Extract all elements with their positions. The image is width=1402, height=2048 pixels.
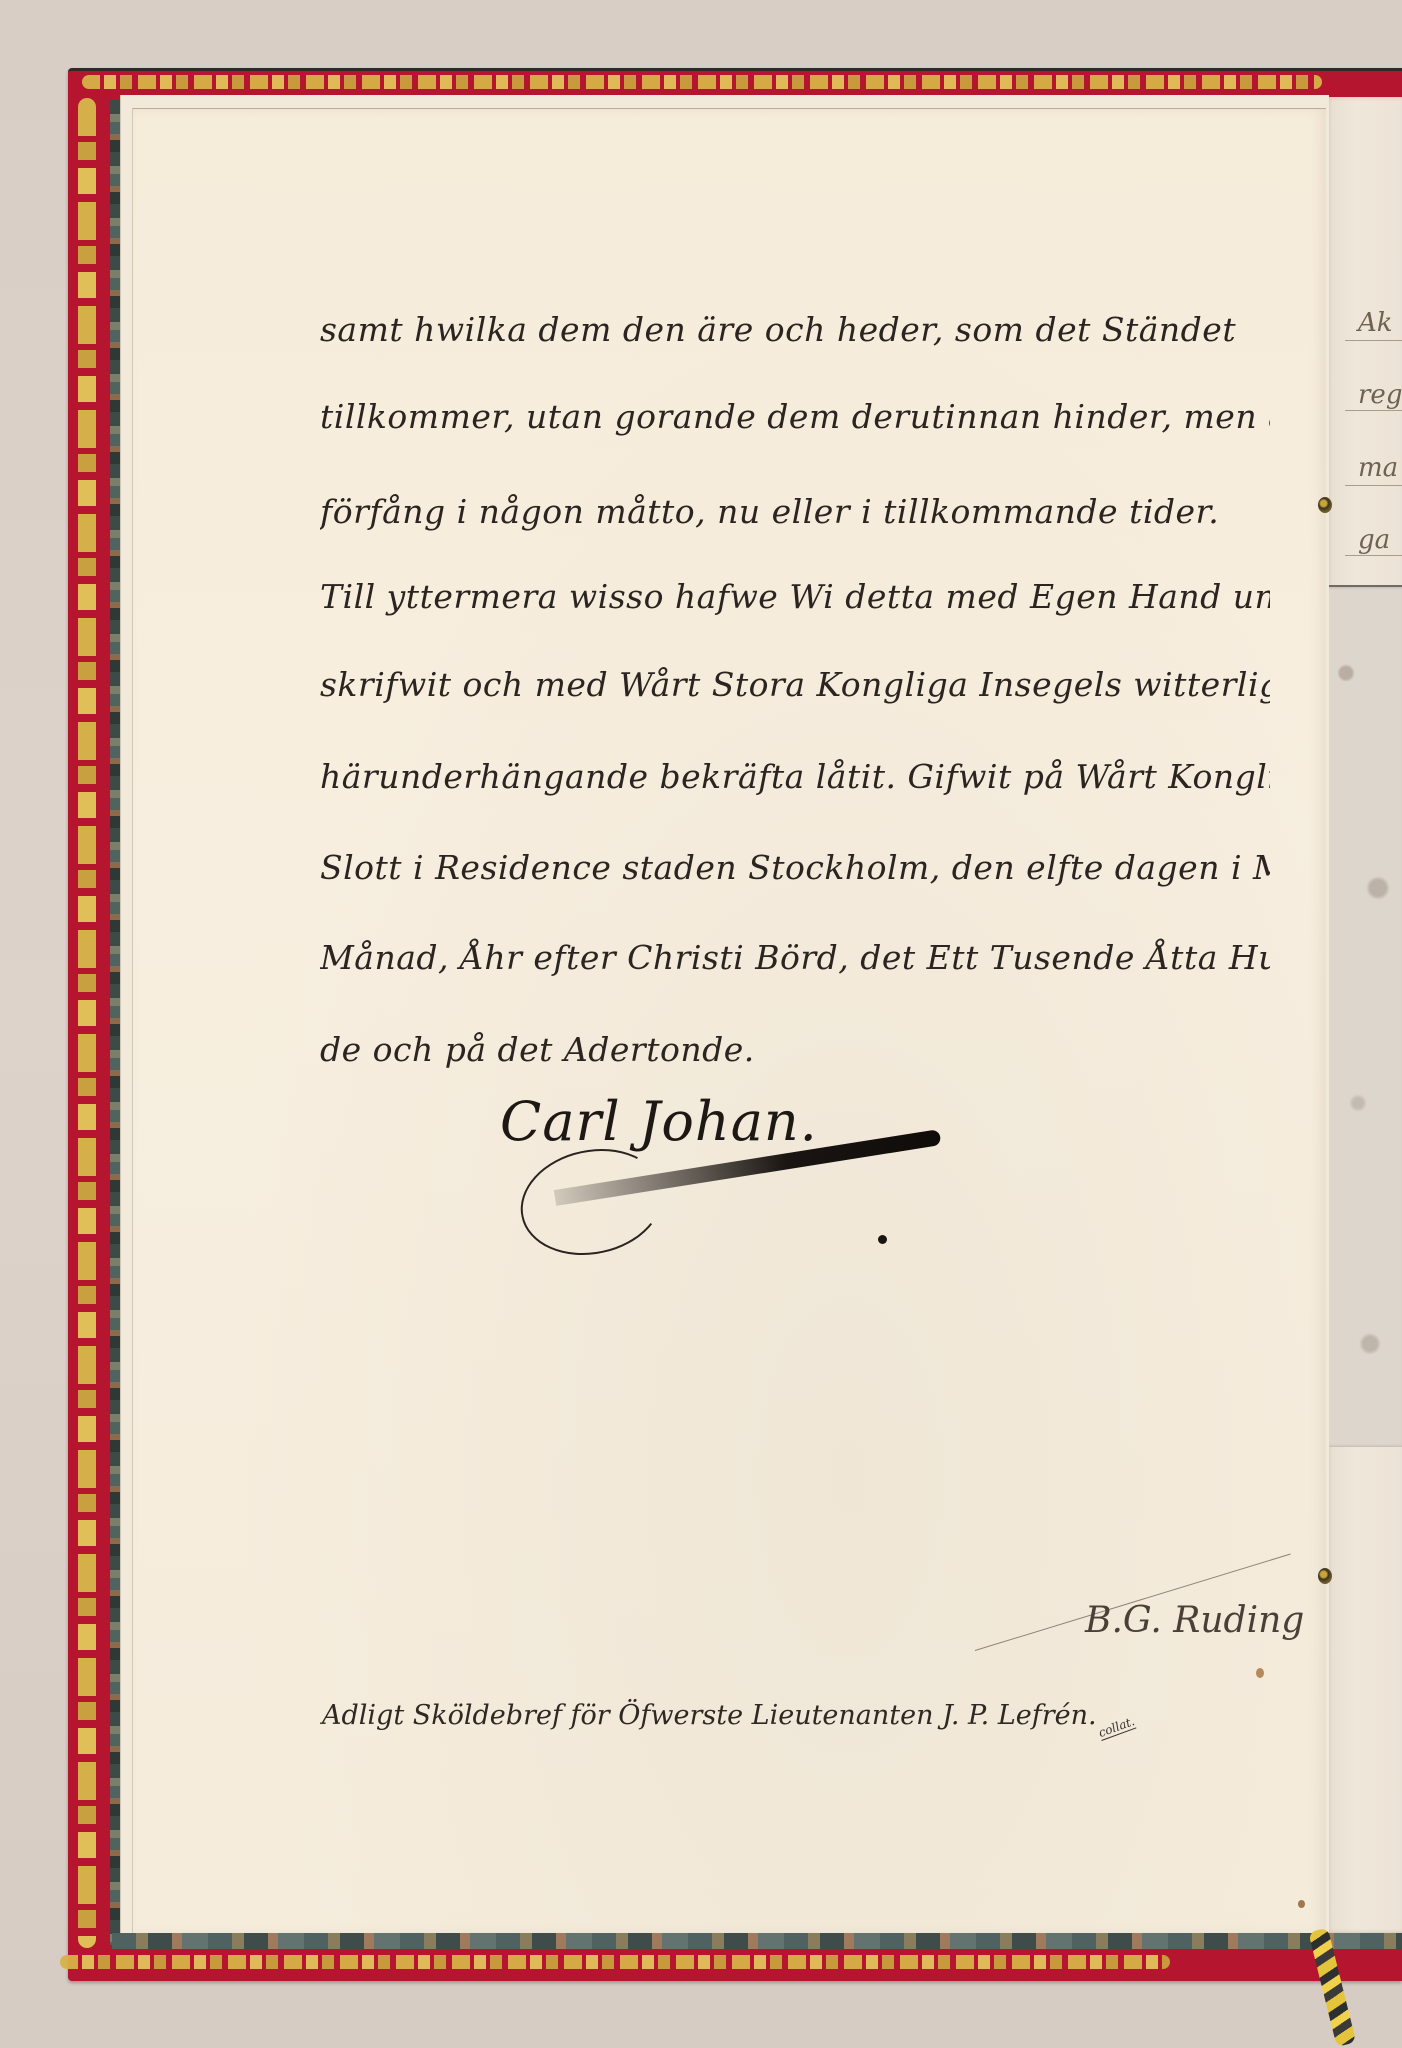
body-line: Månad, Åhr efter Christi Börd, det Ett T… — [320, 938, 1270, 978]
signature-dot — [878, 1235, 887, 1244]
body-line: Till yttermera wisso hafwe Wi detta med … — [320, 577, 1270, 617]
foxing-spot — [1298, 1900, 1305, 1908]
gilt-border-top — [82, 75, 1322, 89]
facing-page-fragment: Ak — [1358, 308, 1393, 338]
docket-title: Adligt Sköldebref för Öfwerste Lieutenan… — [322, 1700, 1097, 1731]
body-line: härunderhängande bekräfta låtit. Gifwit … — [320, 757, 1270, 797]
body-line: tillkommer, utan gorande dem derutinnan … — [320, 397, 1270, 437]
countersignature: B.G. Ruding — [1085, 1600, 1304, 1641]
ink-stain — [1256, 1668, 1264, 1678]
body-line: förfång i någon måtto, nu eller i tillko… — [320, 492, 1270, 532]
mottled-interleaf — [1322, 585, 1402, 1447]
marbled-endpaper-left — [110, 100, 120, 1945]
royal-signature: Carl Johan. — [500, 1090, 818, 1153]
body-line: de och på det Adertonde. — [320, 1030, 1270, 1070]
body-line: Slott i Residence staden Stockholm, den … — [320, 848, 1270, 888]
facing-page-fragment: ga — [1358, 525, 1390, 555]
facing-page-fragment: reg — [1358, 380, 1402, 410]
facing-page-rule — [1345, 410, 1402, 411]
body-line: skrifwit och med Wårt Stora Kongliga Ins… — [320, 665, 1270, 705]
marbled-endpaper-bottom — [112, 1933, 1402, 1949]
facing-page-rule — [1345, 555, 1402, 556]
gilt-border-left — [78, 98, 96, 1948]
facing-page-fragment: ma — [1358, 453, 1398, 483]
facing-page-rule — [1345, 340, 1402, 341]
facing-page-rule — [1345, 485, 1402, 486]
document-page — [132, 108, 1326, 1935]
binding-clasp-icon — [1318, 1568, 1332, 1584]
gilt-border-bottom — [60, 1955, 1170, 1969]
body-line: samt hwilka dem den äre och heder, som d… — [320, 310, 1270, 350]
binding-clasp-icon — [1318, 497, 1332, 513]
